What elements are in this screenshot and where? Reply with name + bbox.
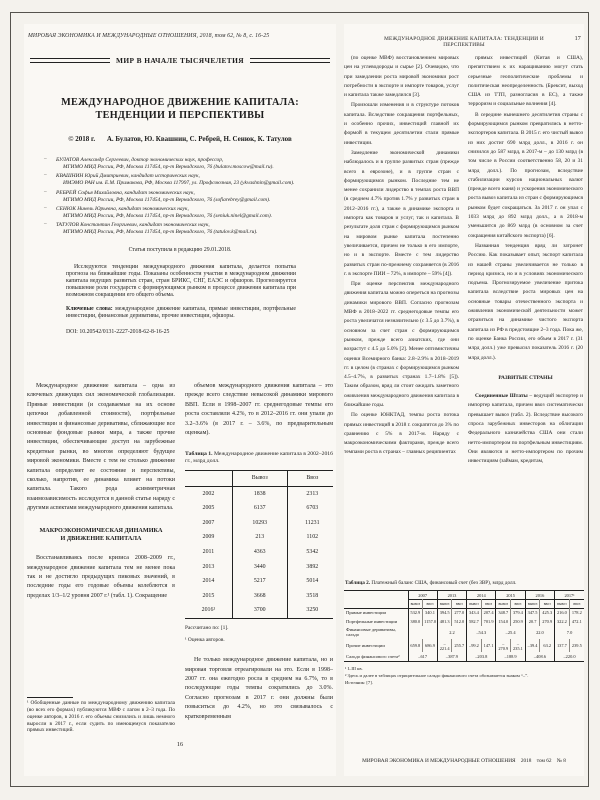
- year-header: 2015: [496, 591, 525, 600]
- cell-out: 3440: [232, 560, 287, 575]
- year-header: 2013: [437, 591, 466, 600]
- table1-source: Рассчитано по: [1].: [185, 624, 333, 633]
- cell: 250.9: [511, 617, 526, 625]
- column-2: прямых инвестиций (Китая и США), препятс…: [468, 54, 583, 578]
- table2-corner-cell: [344, 591, 408, 609]
- cell: 532.9: [408, 608, 423, 617]
- affiliation-entry: – КВАШНИН Юрий Дмитриевич, кандидат исто…: [56, 173, 318, 187]
- cell-out: 3668: [232, 589, 287, 604]
- table1: Вывоз Ввоз 200218382313 200561376703 200…: [185, 470, 333, 619]
- affiliation-name: РЕБРЕЙ Софья Михайловна, кандидат эконом…: [56, 190, 195, 196]
- cell: 394.5: [437, 608, 452, 617]
- cell: 154.0: [496, 617, 511, 625]
- affiliation-marker: –: [44, 221, 47, 228]
- received-date: Статья поступила в редакцию 29.01.2018.: [24, 247, 336, 253]
- affiliation-name: КВАШНИН Юрий Дмитриевич, кандидат истори…: [56, 173, 200, 179]
- table1-row: 201143635342: [185, 545, 333, 560]
- paragraph: По оценке ЮНКТАД, темпы роста потока пря…: [344, 411, 459, 457]
- cell: –188.9: [496, 652, 525, 661]
- copyright: © 2018 г.: [68, 135, 95, 143]
- cell: –54.3: [467, 626, 496, 639]
- paragraph-lead: Соединенные Штаты: [475, 393, 528, 399]
- cell: –39.4: [525, 639, 540, 652]
- cell: –270.9: [496, 639, 511, 652]
- cell: 472.1: [569, 617, 584, 625]
- row-label: Прочие инвестиции: [344, 639, 408, 652]
- table1-col-in: Ввоз: [287, 471, 333, 487]
- year-header: 2017¹: [555, 591, 584, 600]
- table1-col-out: Вывоз: [232, 471, 287, 487]
- cell-in: 5342: [287, 545, 333, 560]
- table1-corner-cell: [185, 471, 232, 487]
- right-running-head-text: МЕЖДУНАРОДНОЕ ДВИЖЕНИЕ КАПИТАЛА: ТЕНДЕНЦ…: [364, 36, 564, 48]
- article-title-line2: ТЕНДЕНЦИИ И ПЕРСПЕКТИВЫ: [24, 109, 336, 122]
- cell: 216.0: [555, 608, 570, 617]
- table2-row: Прямые инвестиции 532.9340.1 394.5277.0 …: [344, 608, 584, 617]
- cell: 512.0: [452, 617, 467, 625]
- cell-year: 2013: [185, 560, 232, 575]
- cell-year: 2015: [185, 589, 232, 604]
- cell: 425.3: [540, 608, 555, 617]
- cell: –25.4: [496, 626, 525, 639]
- cell: 340.1: [423, 608, 438, 617]
- table2-notes: ¹ I–III кв. ² Здесь и далее в таблицах о…: [345, 666, 584, 686]
- cell: 178.2: [569, 608, 584, 617]
- subheader-in: ввоз: [452, 600, 467, 608]
- column-1: Международное движение капитала – одна и…: [27, 382, 175, 734]
- footnote-divider: [27, 697, 73, 698]
- subheader-in: ввоз: [511, 600, 526, 608]
- article-title-line1: МЕЖДУНАРОДНОЕ ДВИЖЕНИЕ КАПИТАЛА:: [24, 96, 336, 109]
- cell: 239.5: [569, 639, 584, 652]
- abstract: Исследуются тенденции международного дви…: [66, 264, 296, 299]
- section-heading: РАЗВИТЫЕ СТРАНЫ: [468, 374, 583, 383]
- paragraph: Соединенные Штаты – ведущий экспортер и …: [468, 392, 583, 466]
- cell-in: 2313: [287, 487, 333, 502]
- cell-out: 3700: [232, 604, 287, 619]
- cell: 701.9: [481, 617, 496, 625]
- subheader-in: ввоз: [423, 600, 438, 608]
- cell: 2.2: [437, 626, 466, 639]
- paragraph: прямых инвестиций (Китая и США), препятс…: [468, 54, 583, 110]
- cell-in: 11231: [287, 516, 333, 531]
- table1-note: ¹ Оценка авторов.: [185, 636, 333, 645]
- year-header: 2016: [525, 591, 554, 600]
- paragraph: (по оценке МВФ) восстановлением мировых …: [344, 54, 459, 100]
- table1-row: 20071029311231: [185, 516, 333, 531]
- left-page: МИРОВАЯ ЭКОНОМИКА И МЕЖДУНАРОДНЫЕ ОТНОШЕ…: [24, 24, 336, 776]
- keywords-label: Ключевые слова:: [66, 306, 113, 312]
- table1-row: 20092131102: [185, 531, 333, 546]
- paragraph: Восстанавливаясь после кризиса 2008–2009…: [27, 554, 175, 601]
- cell: 659.8: [408, 639, 423, 652]
- cell: –235.1: [511, 639, 526, 652]
- table2-source: Источник: [7].: [345, 680, 584, 686]
- year-header: 2007: [408, 591, 437, 600]
- cell: 207.4: [481, 608, 496, 617]
- banner-rule-right: [250, 58, 330, 63]
- cell-out: 5217: [232, 575, 287, 590]
- table2-section: Таблица 2. Платежный баланс США, финансо…: [344, 580, 584, 687]
- keywords: Ключевые слова: международное движение к…: [66, 306, 296, 320]
- byline: © 2018 г. А. Булатов, Ю. Квашнин, С. Реб…: [24, 135, 336, 143]
- column-1: (по оценке МВФ) восстановлением мировых …: [344, 54, 459, 578]
- cell-out: 1838: [232, 487, 287, 502]
- paragraph-rest: – ведущий экспортер и импортер капитала,…: [468, 393, 583, 464]
- cell: –99.2: [467, 639, 482, 652]
- cell: 270.9: [540, 617, 555, 625]
- paragraph: объемов международного движения капитала…: [185, 382, 333, 438]
- banner-rule-left: [30, 58, 110, 63]
- paragraph: Названная тенденция вряд ли затронет Рос…: [468, 242, 583, 363]
- spacer: [185, 645, 333, 656]
- cell: –408.6: [525, 652, 554, 661]
- cell: 343.4: [467, 608, 482, 617]
- table2-note2: ² Здесь и далее в таблицах отрицательное…: [345, 673, 584, 679]
- affiliation-address: ИМЭМО РАН им. Е.М. Примакова, РФ, Москва…: [63, 180, 318, 187]
- paragraph: В середине нынешнего десятилетия страны …: [468, 111, 583, 241]
- section-heading: МАКРОЭКОНОМИЧЕСКАЯ ДИНАМИКА И ДВИЖЕНИЕ К…: [31, 527, 171, 543]
- cell-year: 2007: [185, 516, 232, 531]
- body-columns: (по оценке МВФ) восстановлением мировых …: [344, 54, 584, 578]
- cell: 379.4: [511, 608, 526, 617]
- cell: 137.7: [555, 639, 570, 652]
- cell: 277.0: [452, 608, 467, 617]
- cell-year: 2009: [185, 531, 232, 546]
- affiliation-address: МГИМО МИД России, РФ, Москва 117454, пр-…: [63, 164, 318, 171]
- cell: 255.7: [452, 639, 467, 652]
- cell: –617: [408, 652, 437, 661]
- journal-running-head: МИРОВАЯ ЭКОНОМИКА И МЕЖДУНАРОДНЫЕ ОТНОШЕ…: [28, 33, 336, 39]
- affiliation-marker: –: [44, 172, 47, 179]
- cell: 20.7: [525, 617, 540, 625]
- cell-in: 3892: [287, 560, 333, 575]
- affiliation-name: БУЛАТОВ Александр Сергеевич, доктор экон…: [56, 157, 223, 163]
- affiliation-address: МГИМО МИД России, РФ, Москва 117454, пр-…: [63, 213, 318, 220]
- cell: –221.4: [437, 639, 452, 652]
- cell-in: 3518: [287, 589, 333, 604]
- affiliation-marker: –: [44, 189, 47, 196]
- cell: [408, 626, 437, 639]
- table2-caption: Таблица 2. Платежный баланс США, финансо…: [345, 580, 584, 586]
- doi: DOI: 10.20542/0131-2227-2018-62-8-16-25: [66, 329, 336, 335]
- subheader-in: ввоз: [481, 600, 496, 608]
- spacer: [27, 601, 175, 683]
- cell-in: 3250: [287, 604, 333, 619]
- table1-header-row: Вывоз Ввоз: [185, 471, 333, 487]
- table2: 2007 2013 2014 2015 2016 2017¹ вывозввоз…: [344, 590, 584, 662]
- affiliation-address: МГИМО МИД России, РФ, Москва 117454, пр-…: [63, 197, 318, 204]
- cell-in: 5014: [287, 575, 333, 590]
- journal-footer: МИРОВАЯ ЭКОНОМИКА И МЕЖДУНАРОДНЫЕ ОТНОШЕ…: [344, 758, 584, 764]
- section-heading-line1: МАКРОЭКОНОМИЧЕСКАЯ ДИНАМИКА: [31, 527, 171, 535]
- affiliation-entry: – СЕНЮК Нинель Юрьевна, кандидат экономи…: [56, 206, 318, 220]
- footnote: ¹ Обобщенные данные по международному дв…: [27, 700, 175, 734]
- row-label: Сальдо финансового счета²: [344, 652, 408, 661]
- paragraph: Не только международное движение капитал…: [185, 656, 333, 722]
- table1-row: 201452175014: [185, 575, 333, 590]
- cell: –387.9: [437, 652, 466, 661]
- cell: 582.7: [467, 617, 482, 625]
- table1-row: 201334403892: [185, 560, 333, 575]
- table1-caption-label: Таблица 1.: [185, 451, 213, 457]
- cell-in: 1102: [287, 531, 333, 546]
- cell-year: 2011: [185, 545, 232, 560]
- paragraph: При оценке перспектив международного дви…: [344, 280, 459, 410]
- column-2: объемов международного движения капитала…: [185, 382, 333, 734]
- cell-out: 213: [232, 531, 287, 546]
- row-label: Портфельные инвестиции: [344, 617, 408, 625]
- cell-out: 6137: [232, 502, 287, 517]
- section-banner-title: МИР В НАЧАЛЕ ТЫСЯЧЕЛЕТИЯ: [116, 56, 244, 65]
- affiliation-name: ТАТУЛОВ Константин Георгиевич, кандидат …: [56, 222, 210, 228]
- cell: 481.3: [437, 617, 452, 625]
- paragraph: Произошли изменения и в структуре потоко…: [344, 101, 459, 147]
- cell: 147.1: [481, 639, 496, 652]
- article-title: МЕЖДУНАРОДНОЕ ДВИЖЕНИЕ КАПИТАЛА: ТЕНДЕНЦ…: [24, 96, 336, 122]
- cell-year: 2005: [185, 502, 232, 517]
- row-label: Финансовые деривативы, сальдо: [344, 626, 408, 639]
- authors: А. Булатов, Ю. Квашнин, С. Ребрей, Н. Се…: [107, 135, 292, 143]
- subheader-out: вывоз: [496, 600, 511, 608]
- table2-caption-label: Таблица 2.: [345, 580, 370, 586]
- subheader-out: вывоз: [408, 600, 423, 608]
- cell: 322.2: [555, 617, 570, 625]
- table1-row: 201536683518: [185, 589, 333, 604]
- subheader-in: ввоз: [540, 600, 555, 608]
- section-heading-line2: И ДВИЖЕНИЕ КАПИТАЛА: [31, 535, 171, 543]
- subheader-out: вывоз: [555, 600, 570, 608]
- subheader-in: ввоз: [569, 600, 584, 608]
- table2-caption-text: Платежный баланс США, финансовый счет (б…: [370, 580, 516, 586]
- table2-row: Финансовые деривативы, сальдо 2.2 –54.3 …: [344, 626, 584, 639]
- cell-year: 2014: [185, 575, 232, 590]
- cell: 380.0: [408, 617, 423, 625]
- affiliation-name: СЕНЮК Нинель Юрьевна, кандидат экономиче…: [56, 206, 189, 212]
- right-page: МЕЖДУНАРОДНОЕ ДВИЖЕНИЕ КАПИТАЛА: ТЕНДЕНЦ…: [344, 24, 584, 776]
- cell: 348.7: [496, 608, 511, 617]
- table1-row: 2016¹37003250: [185, 604, 333, 619]
- paragraph: Международное движение капитала – одна и…: [27, 382, 175, 514]
- cell: 347.5: [525, 608, 540, 617]
- subheader-out: вывоз: [467, 600, 482, 608]
- body-columns: Международное движение капитала – одна и…: [27, 382, 333, 734]
- affiliation-entry: – БУЛАТОВ Александр Сергеевич, доктор эк…: [56, 157, 318, 171]
- table2-year-row: 2007 2013 2014 2015 2016 2017¹: [344, 591, 584, 600]
- cell-out: 10293: [232, 516, 287, 531]
- cell: 63.2: [540, 639, 555, 652]
- table2-row: Сальдо финансового счета² –617 –387.9 –2…: [344, 652, 584, 661]
- section-banner: МИР В НАЧАЛЕ ТЫСЯЧЕЛЕТИЯ: [30, 56, 330, 65]
- cell-year: 2002: [185, 487, 232, 502]
- cell: 686.9: [423, 639, 438, 652]
- year-header: 2014: [467, 591, 496, 600]
- table2-row: Прочие инвестиции 659.8686.9 –221.4255.7…: [344, 639, 584, 652]
- table1-caption: Таблица 1. Международное движение капита…: [185, 451, 333, 465]
- table1-row: 200561376703: [185, 502, 333, 517]
- cell-in: 6703: [287, 502, 333, 517]
- cell: 1157.0: [423, 617, 438, 625]
- subheader-out: вывоз: [525, 600, 540, 608]
- row-label: Прямые инвестиции: [344, 608, 408, 617]
- right-running-head: МЕЖДУНАРОДНОЕ ДВИЖЕНИЕ КАПИТАЛА: ТЕНДЕНЦ…: [344, 36, 584, 48]
- affiliation-marker: –: [44, 156, 47, 163]
- table1-row: 200218382313: [185, 487, 333, 502]
- page-number-right: 17: [575, 36, 581, 42]
- cell: –220.0: [555, 652, 584, 661]
- affiliation-marker: –: [44, 205, 47, 212]
- table2-row: Портфельные инвестиции 380.01157.0 481.3…: [344, 617, 584, 625]
- subheader-out: вывоз: [437, 600, 452, 608]
- affiliation-entry: – ТАТУЛОВ Константин Георгиевич, кандида…: [56, 222, 318, 236]
- cell-out: 4363: [232, 545, 287, 560]
- table2-note1: ¹ I–III кв.: [345, 666, 584, 672]
- affiliation-address: МГИМО МИД России, РФ, Москва 117454, пр-…: [63, 229, 318, 236]
- cell: 7.0: [555, 626, 584, 639]
- cell: 22.0: [525, 626, 554, 639]
- affiliations: – БУЛАТОВ Александр Сергеевич, доктор эк…: [56, 157, 318, 236]
- cell: –203.8: [467, 652, 496, 661]
- affiliation-entry: – РЕБРЕЙ Софья Михайловна, кандидат экон…: [56, 190, 318, 204]
- cell-year: 2016¹: [185, 604, 232, 619]
- paragraph: Замедление экономической динамики наблюд…: [344, 149, 459, 279]
- page-number-left: 16: [24, 741, 336, 748]
